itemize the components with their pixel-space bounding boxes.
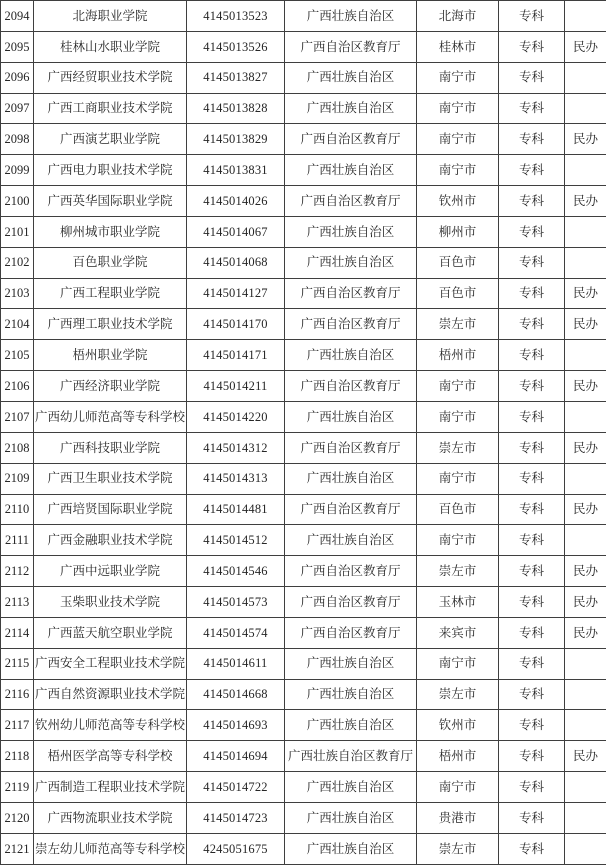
authority-cell: 广西壮族自治区	[285, 340, 417, 371]
school-code-cell: 4145013831	[187, 155, 285, 186]
row-number-cell: 2107	[1, 401, 34, 432]
remark-cell: 民办	[565, 31, 606, 62]
city-cell: 贵港市	[417, 802, 499, 833]
city-cell: 南宁市	[417, 772, 499, 803]
authority-cell: 广西壮族自治区	[285, 216, 417, 247]
remark-cell: 民办	[565, 124, 606, 155]
school-name-cell: 广西经济职业学院	[34, 371, 187, 402]
table-row: 2110 广西培贤国际职业学院 4145014481 广西自治区教育厅 百色市 …	[1, 494, 606, 525]
school-code-cell: 4145014546	[187, 556, 285, 587]
city-cell: 桂林市	[417, 31, 499, 62]
remark-cell	[565, 62, 606, 93]
school-name-cell: 广西工程职业学院	[34, 278, 187, 309]
city-cell: 梧州市	[417, 340, 499, 371]
city-cell: 百色市	[417, 247, 499, 278]
table-row: 2107 广西幼儿师范高等专科学校 4145014220 广西壮族自治区 南宁市…	[1, 401, 606, 432]
education-level-cell: 专科	[499, 278, 565, 309]
row-number-cell: 2117	[1, 710, 34, 741]
city-cell: 南宁市	[417, 93, 499, 124]
school-name-cell: 广西自然资源职业技术学院	[34, 679, 187, 710]
table-row: 2114 广西蓝天航空职业学院 4145014574 广西自治区教育厅 来宾市 …	[1, 617, 606, 648]
city-cell: 南宁市	[417, 525, 499, 556]
university-list-table: 2094 北海职业学院 4145013523 广西壮族自治区 北海市 专科 20…	[0, 0, 606, 865]
table-row: 2116 广西自然资源职业技术学院 4145014668 广西壮族自治区 崇左市…	[1, 679, 606, 710]
education-level-cell: 专科	[499, 802, 565, 833]
remark-cell	[565, 833, 606, 864]
school-code-cell: 4145014694	[187, 741, 285, 772]
school-name-cell: 广西中远职业学院	[34, 556, 187, 587]
remark-cell	[565, 710, 606, 741]
school-name-cell: 崇左幼儿师范高等专科学校	[34, 833, 187, 864]
city-cell: 崇左市	[417, 833, 499, 864]
city-cell: 百色市	[417, 278, 499, 309]
remark-cell: 民办	[565, 617, 606, 648]
school-code-cell: 4145014220	[187, 401, 285, 432]
school-name-cell: 广西英华国际职业学院	[34, 186, 187, 217]
city-cell: 崇左市	[417, 309, 499, 340]
city-cell: 百色市	[417, 494, 499, 525]
remark-cell	[565, 155, 606, 186]
row-number-cell: 2110	[1, 494, 34, 525]
authority-cell: 广西自治区教育厅	[285, 617, 417, 648]
authority-cell: 广西壮族自治区	[285, 833, 417, 864]
education-level-cell: 专科	[499, 833, 565, 864]
education-level-cell: 专科	[499, 741, 565, 772]
authority-cell: 广西自治区教育厅	[285, 309, 417, 340]
row-number-cell: 2115	[1, 648, 34, 679]
table-row: 2105 梧州职业学院 4145014171 广西壮族自治区 梧州市 专科	[1, 340, 606, 371]
authority-cell: 广西自治区教育厅	[285, 432, 417, 463]
remark-cell	[565, 525, 606, 556]
city-cell: 南宁市	[417, 648, 499, 679]
remark-cell	[565, 772, 606, 803]
row-number-cell: 2096	[1, 62, 34, 93]
row-number-cell: 2118	[1, 741, 34, 772]
table-row: 2100 广西英华国际职业学院 4145014026 广西自治区教育厅 钦州市 …	[1, 186, 606, 217]
authority-cell: 广西自治区教育厅	[285, 494, 417, 525]
school-code-cell: 4145014574	[187, 617, 285, 648]
school-name-cell: 广西工商职业技术学院	[34, 93, 187, 124]
table-row: 2098 广西演艺职业学院 4145013829 广西自治区教育厅 南宁市 专科…	[1, 124, 606, 155]
row-number-cell: 2109	[1, 463, 34, 494]
school-code-cell: 4145014127	[187, 278, 285, 309]
table-row: 2112 广西中远职业学院 4145014546 广西自治区教育厅 崇左市 专科…	[1, 556, 606, 587]
school-code-cell: 4145014026	[187, 186, 285, 217]
authority-cell: 广西自治区教育厅	[285, 186, 417, 217]
table-row: 2095 桂林山水职业学院 4145013526 广西自治区教育厅 桂林市 专科…	[1, 31, 606, 62]
education-level-cell: 专科	[499, 309, 565, 340]
city-cell: 北海市	[417, 1, 499, 32]
city-cell: 玉林市	[417, 587, 499, 618]
row-number-cell: 2114	[1, 617, 34, 648]
city-cell: 崇左市	[417, 556, 499, 587]
education-level-cell: 专科	[499, 124, 565, 155]
city-cell: 梧州市	[417, 741, 499, 772]
row-number-cell: 2099	[1, 155, 34, 186]
school-name-cell: 梧州职业学院	[34, 340, 187, 371]
school-name-cell: 广西安全工程职业技术学院	[34, 648, 187, 679]
remark-cell	[565, 216, 606, 247]
school-name-cell: 北海职业学院	[34, 1, 187, 32]
remark-cell	[565, 401, 606, 432]
education-level-cell: 专科	[499, 1, 565, 32]
table-row: 2121 崇左幼儿师范高等专科学校 4245051675 广西壮族自治区 崇左市…	[1, 833, 606, 864]
school-code-cell: 4145014170	[187, 309, 285, 340]
school-name-cell: 广西金融职业技术学院	[34, 525, 187, 556]
school-name-cell: 桂林山水职业学院	[34, 31, 187, 62]
school-code-cell: 4145014693	[187, 710, 285, 741]
school-code-cell: 4145014313	[187, 463, 285, 494]
row-number-cell: 2102	[1, 247, 34, 278]
authority-cell: 广西壮族自治区	[285, 1, 417, 32]
authority-cell: 广西壮族自治区	[285, 401, 417, 432]
authority-cell: 广西壮族自治区	[285, 525, 417, 556]
school-code-cell: 4145014312	[187, 432, 285, 463]
table-row: 2108 广西科技职业学院 4145014312 广西自治区教育厅 崇左市 专科…	[1, 432, 606, 463]
authority-cell: 广西壮族自治区	[285, 772, 417, 803]
school-code-cell: 4145014512	[187, 525, 285, 556]
education-level-cell: 专科	[499, 216, 565, 247]
remark-cell	[565, 463, 606, 494]
row-number-cell: 2111	[1, 525, 34, 556]
row-number-cell: 2112	[1, 556, 34, 587]
table-row: 2120 广西物流职业技术学院 4145014723 广西壮族自治区 贵港市 专…	[1, 802, 606, 833]
education-level-cell: 专科	[499, 93, 565, 124]
school-code-cell: 4245051675	[187, 833, 285, 864]
school-name-cell: 广西培贤国际职业学院	[34, 494, 187, 525]
city-cell: 南宁市	[417, 401, 499, 432]
city-cell: 南宁市	[417, 371, 499, 402]
city-cell: 来宾市	[417, 617, 499, 648]
table-row: 2109 广西卫生职业技术学院 4145014313 广西壮族自治区 南宁市 专…	[1, 463, 606, 494]
remark-cell: 民办	[565, 278, 606, 309]
remark-cell	[565, 802, 606, 833]
education-level-cell: 专科	[499, 31, 565, 62]
city-cell: 南宁市	[417, 463, 499, 494]
university-list-page: 2094 北海职业学院 4145013523 广西壮族自治区 北海市 专科 20…	[0, 0, 606, 865]
school-code-cell: 4145013526	[187, 31, 285, 62]
education-level-cell: 专科	[499, 494, 565, 525]
school-code-cell: 4145014171	[187, 340, 285, 371]
remark-cell: 民办	[565, 494, 606, 525]
remark-cell	[565, 648, 606, 679]
row-number-cell: 2094	[1, 1, 34, 32]
table-row: 2096 广西经贸职业技术学院 4145013827 广西壮族自治区 南宁市 专…	[1, 62, 606, 93]
row-number-cell: 2106	[1, 371, 34, 402]
table-row: 2119 广西制造工程职业技术学院 4145014722 广西壮族自治区 南宁市…	[1, 772, 606, 803]
education-level-cell: 专科	[499, 432, 565, 463]
education-level-cell: 专科	[499, 679, 565, 710]
education-level-cell: 专科	[499, 710, 565, 741]
remark-cell: 民办	[565, 741, 606, 772]
table-row: 2113 玉柴职业技术学院 4145014573 广西自治区教育厅 玉林市 专科…	[1, 587, 606, 618]
authority-cell: 广西壮族自治区	[285, 93, 417, 124]
row-number-cell: 2104	[1, 309, 34, 340]
education-level-cell: 专科	[499, 186, 565, 217]
city-cell: 崇左市	[417, 679, 499, 710]
table-row: 2103 广西工程职业学院 4145014127 广西自治区教育厅 百色市 专科…	[1, 278, 606, 309]
school-name-cell: 广西演艺职业学院	[34, 124, 187, 155]
remark-cell	[565, 247, 606, 278]
education-level-cell: 专科	[499, 340, 565, 371]
education-level-cell: 专科	[499, 463, 565, 494]
school-name-cell: 广西卫生职业技术学院	[34, 463, 187, 494]
school-code-cell: 4145014722	[187, 772, 285, 803]
school-name-cell: 玉柴职业技术学院	[34, 587, 187, 618]
remark-cell	[565, 1, 606, 32]
table-row: 2101 柳州城市职业学院 4145014067 广西壮族自治区 柳州市 专科	[1, 216, 606, 247]
school-name-cell: 广西经贸职业技术学院	[34, 62, 187, 93]
table-row: 2111 广西金融职业技术学院 4145014512 广西壮族自治区 南宁市 专…	[1, 525, 606, 556]
school-code-cell: 4145014481	[187, 494, 285, 525]
city-cell: 南宁市	[417, 124, 499, 155]
city-cell: 钦州市	[417, 186, 499, 217]
school-name-cell: 钦州幼儿师范高等专科学校	[34, 710, 187, 741]
school-name-cell: 梧州医学高等专科学校	[34, 741, 187, 772]
table-row: 2106 广西经济职业学院 4145014211 广西自治区教育厅 南宁市 专科…	[1, 371, 606, 402]
school-name-cell: 广西理工职业技术学院	[34, 309, 187, 340]
school-code-cell: 4145014723	[187, 802, 285, 833]
row-number-cell: 2121	[1, 833, 34, 864]
table-row: 2117 钦州幼儿师范高等专科学校 4145014693 广西壮族自治区 钦州市…	[1, 710, 606, 741]
school-name-cell: 广西幼儿师范高等专科学校	[34, 401, 187, 432]
authority-cell: 广西自治区教育厅	[285, 278, 417, 309]
remark-cell: 民办	[565, 556, 606, 587]
education-level-cell: 专科	[499, 155, 565, 186]
school-code-cell: 4145014068	[187, 247, 285, 278]
row-number-cell: 2100	[1, 186, 34, 217]
authority-cell: 广西壮族自治区	[285, 679, 417, 710]
table-row: 2099 广西电力职业技术学院 4145013831 广西壮族自治区 南宁市 专…	[1, 155, 606, 186]
school-name-cell: 广西制造工程职业技术学院	[34, 772, 187, 803]
remark-cell: 民办	[565, 186, 606, 217]
authority-cell: 广西自治区教育厅	[285, 371, 417, 402]
city-cell: 钦州市	[417, 710, 499, 741]
row-number-cell: 2105	[1, 340, 34, 371]
school-name-cell: 广西科技职业学院	[34, 432, 187, 463]
remark-cell	[565, 340, 606, 371]
authority-cell: 广西壮族自治区	[285, 710, 417, 741]
school-code-cell: 4145013523	[187, 1, 285, 32]
authority-cell: 广西壮族自治区教育厅	[285, 741, 417, 772]
education-level-cell: 专科	[499, 247, 565, 278]
authority-cell: 广西自治区教育厅	[285, 124, 417, 155]
authority-cell: 广西壮族自治区	[285, 802, 417, 833]
school-code-cell: 4145013827	[187, 62, 285, 93]
education-level-cell: 专科	[499, 648, 565, 679]
row-number-cell: 2108	[1, 432, 34, 463]
city-cell: 崇左市	[417, 432, 499, 463]
city-cell: 南宁市	[417, 62, 499, 93]
school-name-cell: 广西电力职业技术学院	[34, 155, 187, 186]
authority-cell: 广西自治区教育厅	[285, 587, 417, 618]
authority-cell: 广西壮族自治区	[285, 62, 417, 93]
row-number-cell: 2116	[1, 679, 34, 710]
row-number-cell: 2113	[1, 587, 34, 618]
row-number-cell: 2097	[1, 93, 34, 124]
table-row: 2104 广西理工职业技术学院 4145014170 广西自治区教育厅 崇左市 …	[1, 309, 606, 340]
authority-cell: 广西壮族自治区	[285, 247, 417, 278]
education-level-cell: 专科	[499, 556, 565, 587]
city-cell: 柳州市	[417, 216, 499, 247]
remark-cell: 民办	[565, 309, 606, 340]
row-number-cell: 2120	[1, 802, 34, 833]
school-code-cell: 4145014611	[187, 648, 285, 679]
table-row: 2118 梧州医学高等专科学校 4145014694 广西壮族自治区教育厅 梧州…	[1, 741, 606, 772]
remark-cell: 民办	[565, 587, 606, 618]
education-level-cell: 专科	[499, 401, 565, 432]
school-code-cell: 4145014067	[187, 216, 285, 247]
education-level-cell: 专科	[499, 617, 565, 648]
row-number-cell: 2103	[1, 278, 34, 309]
school-code-cell: 4145014573	[187, 587, 285, 618]
education-level-cell: 专科	[499, 62, 565, 93]
education-level-cell: 专科	[499, 371, 565, 402]
authority-cell: 广西自治区教育厅	[285, 556, 417, 587]
authority-cell: 广西壮族自治区	[285, 155, 417, 186]
school-code-cell: 4145013828	[187, 93, 285, 124]
remark-cell: 民办	[565, 371, 606, 402]
education-level-cell: 专科	[499, 772, 565, 803]
table-body: 2094 北海职业学院 4145013523 广西壮族自治区 北海市 专科 20…	[1, 1, 606, 865]
row-number-cell: 2119	[1, 772, 34, 803]
school-name-cell: 百色职业学院	[34, 247, 187, 278]
education-level-cell: 专科	[499, 525, 565, 556]
authority-cell: 广西自治区教育厅	[285, 31, 417, 62]
table-row: 2097 广西工商职业技术学院 4145013828 广西壮族自治区 南宁市 专…	[1, 93, 606, 124]
school-name-cell: 柳州城市职业学院	[34, 216, 187, 247]
authority-cell: 广西壮族自治区	[285, 463, 417, 494]
school-name-cell: 广西物流职业技术学院	[34, 802, 187, 833]
table-row: 2102 百色职业学院 4145014068 广西壮族自治区 百色市 专科	[1, 247, 606, 278]
school-code-cell: 4145014668	[187, 679, 285, 710]
school-name-cell: 广西蓝天航空职业学院	[34, 617, 187, 648]
school-code-cell: 4145013829	[187, 124, 285, 155]
row-number-cell: 2098	[1, 124, 34, 155]
row-number-cell: 2095	[1, 31, 34, 62]
table-row: 2115 广西安全工程职业技术学院 4145014611 广西壮族自治区 南宁市…	[1, 648, 606, 679]
table-row: 2094 北海职业学院 4145013523 广西壮族自治区 北海市 专科	[1, 1, 606, 32]
remark-cell	[565, 93, 606, 124]
city-cell: 南宁市	[417, 155, 499, 186]
row-number-cell: 2101	[1, 216, 34, 247]
school-code-cell: 4145014211	[187, 371, 285, 402]
education-level-cell: 专科	[499, 587, 565, 618]
remark-cell: 民办	[565, 432, 606, 463]
authority-cell: 广西壮族自治区	[285, 648, 417, 679]
remark-cell	[565, 679, 606, 710]
